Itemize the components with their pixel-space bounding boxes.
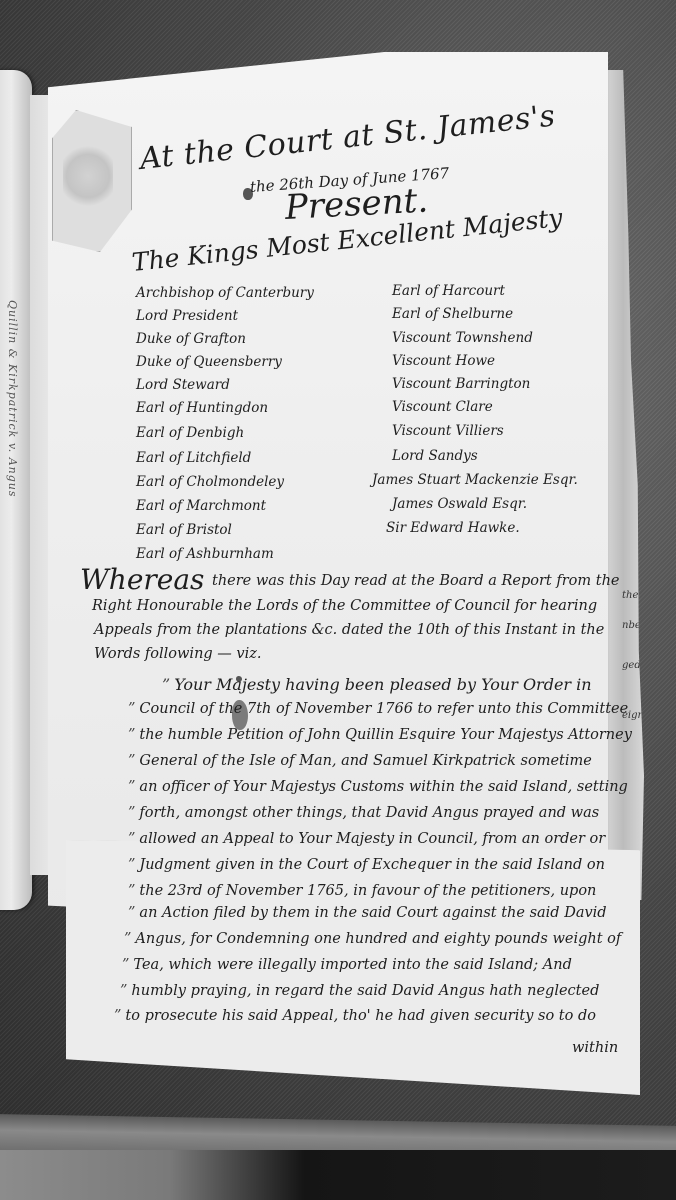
member-name: Earl of Huntingdon (136, 400, 268, 416)
quoted-line: ”Tea, which were illegally imported into… (122, 957, 572, 973)
member-name: Lord Sandys (392, 448, 478, 464)
margin-note: Quillin & Kirkpatrick v. Angus (6, 300, 19, 498)
member-name: Earl of Bristol (136, 522, 232, 538)
member-name: James Oswald Esqr. (392, 496, 527, 512)
whereas-word: Whereas (80, 563, 204, 596)
quoted-line: ”an Action filed by them in the said Cou… (128, 905, 607, 921)
catchword: within (572, 1040, 618, 1056)
member-name: Sir Edward Hawke. (386, 520, 520, 536)
preamble-line: Appeals from the plantations &c. dated t… (94, 622, 604, 638)
member-name: Earl of Harcourt (392, 283, 505, 299)
adjacent-book-page: Quillin & Kirkpatrick v. Angus (0, 70, 32, 910)
member-name: Viscount Howe (392, 353, 495, 369)
quoted-line: ”Your Majesty having been pleased by You… (162, 675, 592, 694)
member-name: Archbishop of Canterbury (136, 285, 314, 301)
member-name: Earl of Cholmondeley (136, 474, 284, 490)
quoted-line: ”humbly praying, in regard the said Davi… (120, 983, 599, 999)
member-name: Viscount Townshend (392, 330, 533, 346)
quoted-line: ”forth, amongst other things, that David… (128, 805, 599, 821)
member-name: Viscount Villiers (392, 423, 504, 439)
member-name: Earl of Shelburne (392, 306, 513, 322)
member-name: Viscount Barrington (392, 376, 530, 392)
fragment-text: ged (622, 660, 641, 671)
member-name: Duke of Grafton (136, 331, 246, 347)
member-name: Earl of Litchfield (136, 450, 251, 466)
quoted-line: ”Angus, for Condemning one hundred and e… (124, 931, 621, 947)
quoted-line: ”the humble Petition of John Quillin Esq… (128, 727, 632, 743)
member-name: Earl of Denbigh (136, 425, 244, 441)
member-name: Earl of Ashburnham (136, 546, 274, 562)
member-name: Duke of Queensberry (136, 354, 282, 370)
quoted-line: ”to prosecute his said Appeal, tho' he h… (114, 1008, 596, 1024)
member-name: Earl of Marchmont (136, 498, 266, 514)
member-name: Viscount Clare (392, 399, 493, 415)
member-name: Lord Steward (136, 377, 230, 393)
preamble-line: there was this Day read at the Board a R… (212, 573, 620, 589)
member-name: Lord President (136, 308, 238, 324)
quoted-line: ”an officer of Your Majestys Customs wit… (128, 779, 628, 795)
quoted-line: ”the 23rd of November 1765, in favour of… (128, 883, 596, 899)
quoted-line: ”General of the Isle of Man, and Samuel … (128, 753, 592, 769)
preamble-line: Right Honourable the Lords of the Commit… (92, 598, 597, 614)
quoted-line: ”Judgment given in the Court of Excheque… (128, 857, 605, 873)
quoted-line: ”Council of the 7th of November 1766 to … (128, 701, 628, 717)
preamble-line: Words following — viz. (94, 646, 261, 662)
member-name: James Stuart Mackenzie Esqr. (372, 472, 578, 488)
cloth-bottom (0, 1150, 676, 1200)
quoted-line: ”allowed an Appeal to Your Majesty in Co… (128, 831, 605, 847)
